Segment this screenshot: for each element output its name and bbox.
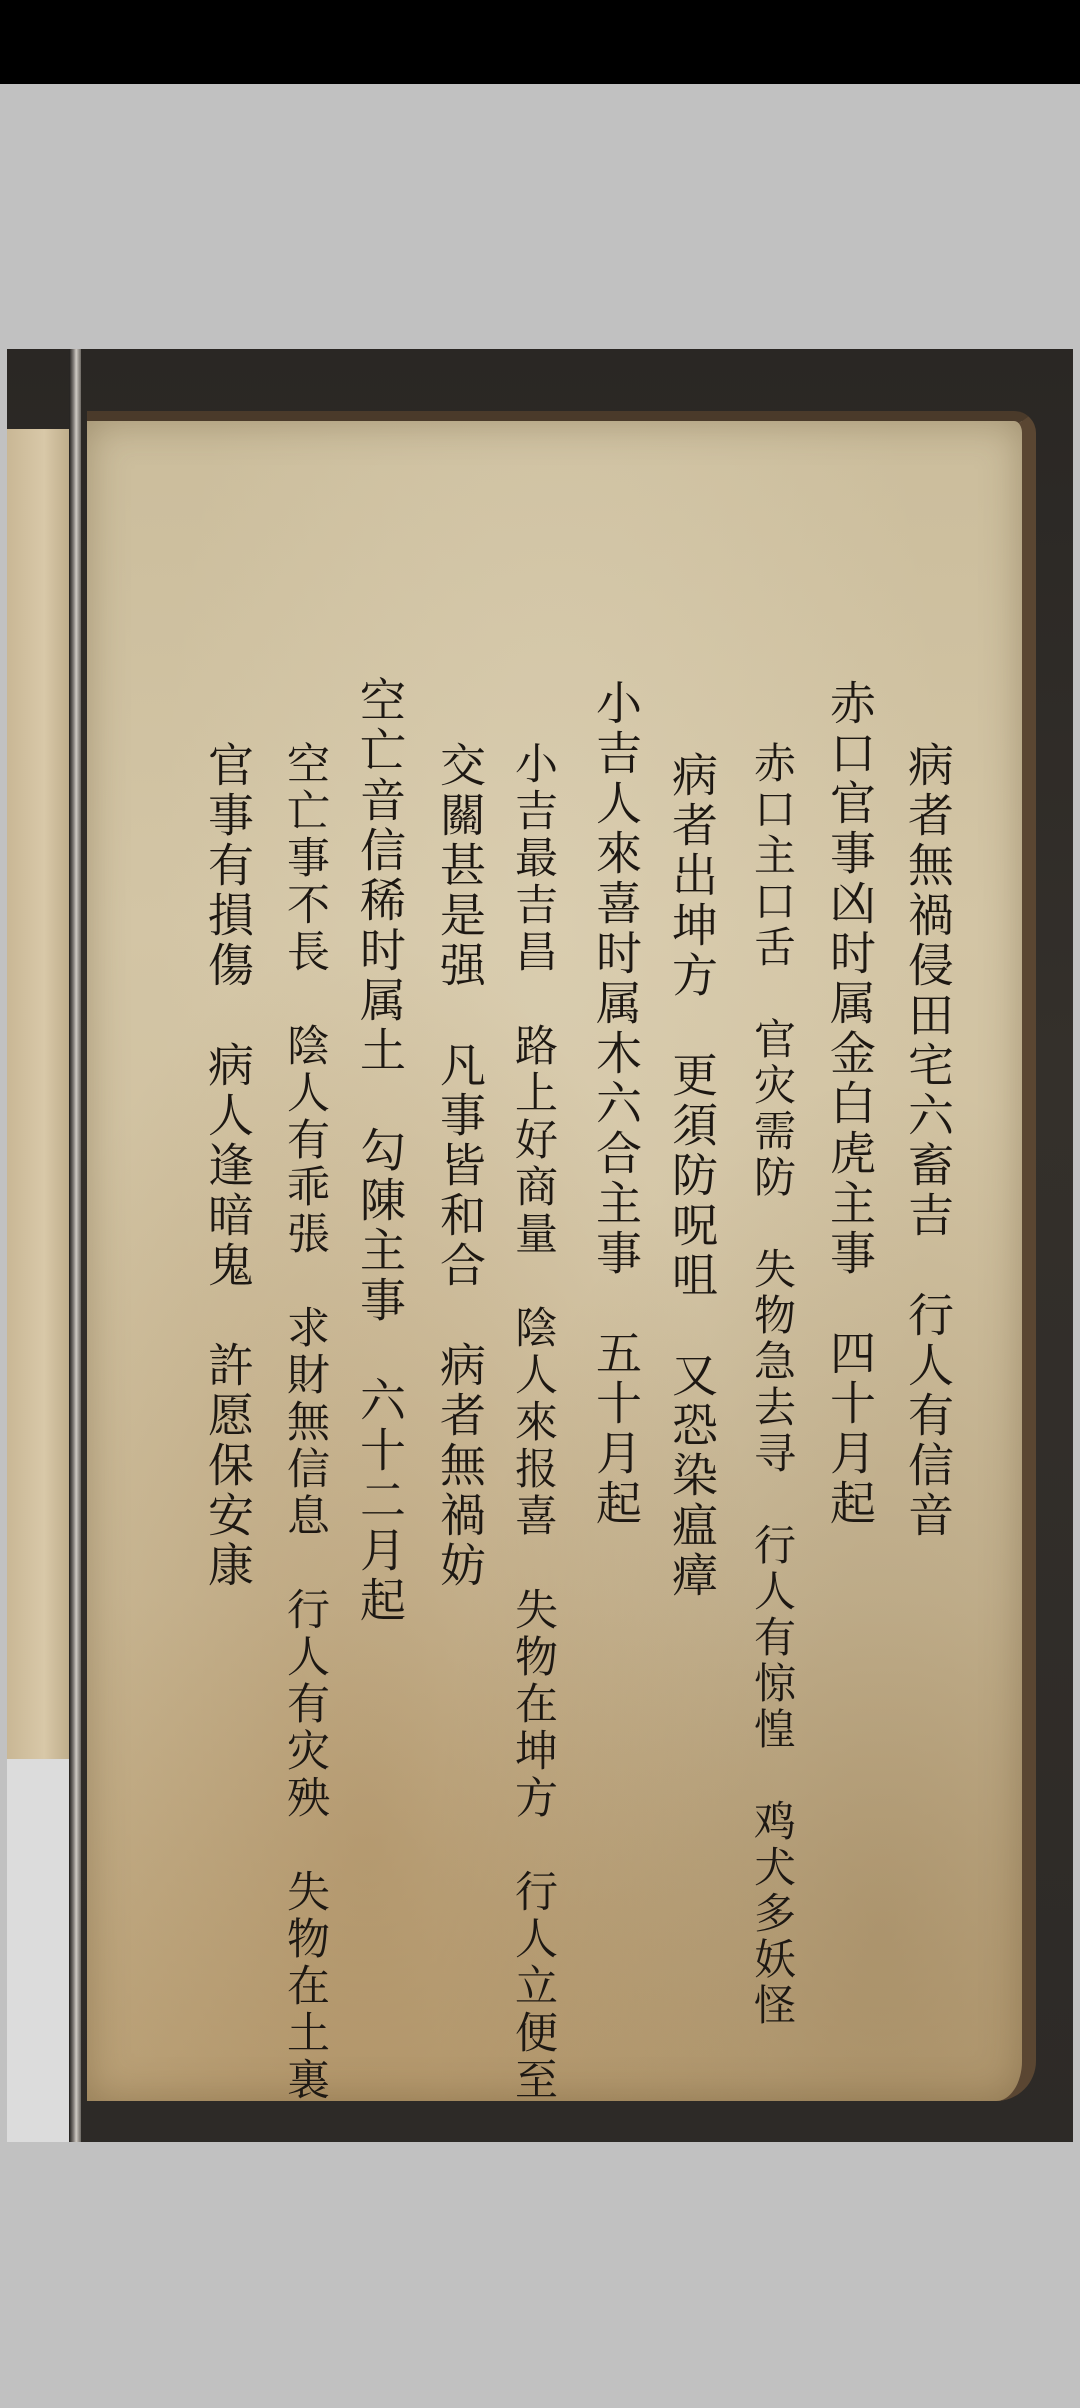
text-column-2: 赤口官事凶时属金白虎主事 四十月起: [827, 679, 873, 1529]
top-black-bar: [0, 0, 1080, 84]
adjacent-page-strip: [7, 429, 69, 1759]
manuscript-photo: 病者無禍侵田宅六畜吉 行人有信音 赤口官事凶时属金白虎主事 四十月起 赤口主口舌…: [7, 349, 1073, 2142]
text-column-1: 病者無禍侵田宅六畜吉 行人有信音: [905, 741, 951, 1541]
text-column-10: 官事有損傷 病人逢暗鬼 許愿保安康: [205, 741, 251, 1591]
text-column-3: 赤口主口舌 官灾需防 失物急去寻 行人有惊惶 鸡犬多妖怪: [751, 741, 793, 2029]
adjacent-page-blank: [7, 1759, 69, 2142]
text-column-5: 小吉人來喜时属木六合主事 五十月起: [593, 679, 639, 1529]
text-column-4: 病者出坤方 更須防呪咀 又恐染瘟瘴: [669, 751, 715, 1601]
book-spine-line: [69, 349, 81, 2142]
text-column-6: 小吉最吉昌 路上好商量 陰人來报喜 失物在坤方 行人立便至: [511, 741, 554, 2104]
text-column-8: 空亡音信稀时属土 勾陳主事 六十二月起: [357, 676, 403, 1626]
text-column-9: 空亡事不長 陰人有乖張 求財無信息 行人有灾殃 失物在土裏: [283, 741, 326, 2104]
manuscript-page: 病者無禍侵田宅六畜吉 行人有信音 赤口官事凶时属金白虎主事 四十月起 赤口主口舌…: [87, 411, 1036, 2101]
text-column-7: 交關甚是强 凡事皆和合 病者無禍妨: [437, 741, 483, 1591]
